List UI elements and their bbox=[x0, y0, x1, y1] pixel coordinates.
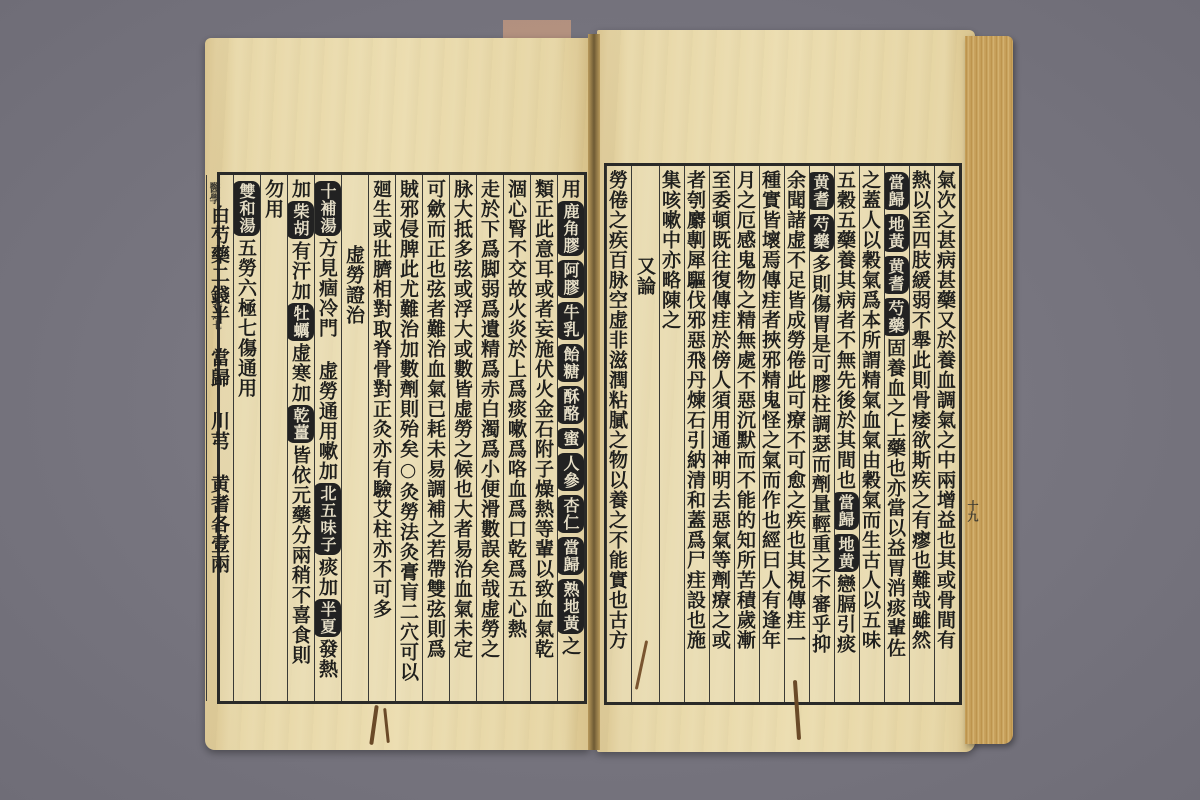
text-column: 月之厄感鬼物之精無處不惡沉默而不能的知所苦積歲漸 bbox=[734, 166, 759, 702]
column-text: 五穀五藥養其病者不無先後於其間也當歸地黄戀膈引痰 bbox=[834, 170, 856, 654]
herb-name-label: 牡蠣 bbox=[287, 303, 314, 341]
column-text: 至委頓既往復傳疰於傍人須用通神明去惡氣等劑療之或 bbox=[709, 170, 731, 650]
column-text: 雙和湯五勞六極七傷通用 bbox=[235, 179, 257, 398]
column-text: 用鹿角膠阿膠牛乳飴糖酥酪蜜人參杏仁當歸熟地黃之 bbox=[559, 179, 581, 656]
column-text: 熱以至四肢緩弱不舉此則骨痿欲斯疾之有瘳也難哉雖然 bbox=[909, 170, 931, 650]
herb-name-label: 當歸 bbox=[834, 492, 859, 530]
herb-name-label: 當歸 bbox=[884, 172, 909, 210]
herb-name-label: 牛乳 bbox=[557, 302, 584, 340]
column-text: 十補湯方見痼冷門 虚勞通用嗽加北五味子痰加半夏發熱 bbox=[316, 179, 338, 679]
text-column: 涸心腎不交故火炎於上爲痰嗽爲咯血爲口乾爲五心熱 bbox=[503, 175, 530, 701]
text-column: 加柴胡有汗加牡蠣虚寒加乾薑皆依元藥分兩稍不喜食則 bbox=[287, 175, 314, 701]
text-column: 用鹿角膠阿膠牛乳飴糖酥酪蜜人參杏仁當歸熟地黃之 bbox=[557, 175, 584, 701]
text-column: 廻生或壯臍相對取脊骨對正灸亦有驗艾柱亦不可多 bbox=[368, 175, 395, 701]
herb-name-label: 地黃 bbox=[884, 214, 909, 252]
text-column: 脉大抵多弦或浮大或數皆虚勞之候也大者易治血氣未定 bbox=[449, 175, 476, 701]
herb-name-label: 十補湯 bbox=[314, 181, 341, 236]
text-column: 之蓋人以穀氣爲本所謂精氣血氣由穀氣而生古人以五味 bbox=[859, 166, 884, 702]
column-text: 廻生或壯臍相對取脊骨對正灸亦有驗艾柱亦不可多 bbox=[370, 179, 392, 619]
column-text: 賊邪侵脾此尤難治加數劑則殆矣○灸勞法灸膏肓二穴可以 bbox=[397, 179, 419, 682]
text-column: 者刳麝剸犀驅伐邪惡飛丹煉石引納清和蓋爲尸疰設也施 bbox=[684, 166, 709, 702]
text-column: 種實皆壞焉傳疰者挾邪精鬼怪之氣而作也經曰人有逢年 bbox=[759, 166, 784, 702]
text-column: 賊邪侵脾此尤難治加數劑則殆矣○灸勞法灸膏肓二穴可以 bbox=[395, 175, 422, 701]
left-text-block: 用鹿角膠阿膠牛乳飴糖酥酪蜜人參杏仁當歸熟地黃之 類正此意耳或者妄施伏火金石附子燥… bbox=[217, 172, 587, 704]
herb-name-label: 乾薑 bbox=[287, 405, 314, 443]
column-text: 走於下爲脚弱爲遺精爲赤白濁爲小便滑數誤矣哉虚勞之 bbox=[478, 179, 500, 659]
right-text-block: 氣次之甚病甚藥又於養血調氣之中兩增益也其或骨間有 熱以至四肢緩弱不舉此則骨痿欲斯… bbox=[604, 163, 962, 705]
text-column: 十補湯方見痼冷門 虚勞通用嗽加北五味子痰加半夏發熱 bbox=[314, 175, 341, 701]
herb-name-label: 黄耆 bbox=[884, 256, 909, 294]
column-text: 勞倦之疾百脉空虚非滋潤粘膩之物以養之不能實也古方 bbox=[606, 170, 628, 650]
column-text: 加柴胡有汗加牡蠣虚寒加乾薑皆依元藥分兩稍不喜食則 bbox=[289, 179, 311, 665]
herb-name-label: 黄耆 bbox=[809, 172, 834, 210]
section-heading: 又論 bbox=[634, 256, 656, 296]
column-text: 白芍藥二錢半 當歸 川芎 黄耆各壹兩 bbox=[208, 205, 230, 574]
herb-name-label: 蜜 bbox=[557, 428, 584, 449]
text-column: 余聞諸虚不足皆成勞倦此可療不可愈之疾也其視傳疰一 bbox=[784, 166, 809, 702]
right-folio-number: 十九 bbox=[964, 500, 980, 522]
text-column: 熱以至四肢緩弱不舉此則骨痿欲斯疾之有瘳也難哉雖然 bbox=[909, 166, 934, 702]
herb-name-label: 熟地黃 bbox=[557, 579, 584, 634]
herb-name-label: 半夏 bbox=[314, 599, 341, 637]
text-column: 當歸地黃黄耆芍藥固養血之上藥也亦當以益胃消痰輩佐 bbox=[884, 166, 909, 702]
text-column: 類正此意耳或者妄施伏火金石附子燥熱等輩以致血氣乾 bbox=[530, 175, 557, 701]
column-text: 種實皆壞焉傳疰者挾邪精鬼怪之氣而作也經曰人有逢年 bbox=[759, 170, 781, 650]
text-column: 走於下爲脚弱爲遺精爲赤白濁爲小便滑數誤矣哉虚勞之 bbox=[476, 175, 503, 701]
text-column: 氣次之甚病甚藥又於養血調氣之中兩增益也其或骨間有 bbox=[934, 166, 959, 702]
herb-name-label: 雙和湯 bbox=[233, 181, 260, 236]
text-column: 勿用 bbox=[260, 175, 287, 701]
open-book: 醫學 卷之七 二 十九 用鹿角膠阿膠牛乳飴糖酥酪蜜人參杏仁當歸熟地黃之 類正此意… bbox=[0, 0, 1200, 800]
text-column: 白芍藥二錢半 當歸 川芎 黄耆各壹兩 bbox=[206, 175, 233, 701]
herb-name-label: 北五味子 bbox=[314, 483, 341, 555]
herb-name-label: 杏仁 bbox=[557, 495, 584, 533]
column-text: 月之厄感鬼物之精無處不惡沉默而不能的知所苦積歲漸 bbox=[734, 170, 756, 650]
herb-name-label: 芍藥 bbox=[809, 214, 834, 252]
column-text: 脉大抵多弦或浮大或數皆虚勞之候也大者易治血氣未定 bbox=[451, 179, 473, 659]
herb-name-label: 芍藥 bbox=[884, 298, 909, 336]
text-column: 可歛而正也弦者難治血氣已耗未易調補之若帶雙弦則爲 bbox=[422, 175, 449, 701]
column-text: 者刳麝剸犀驅伐邪惡飛丹煉石引納清和蓋爲尸疰設也施 bbox=[684, 170, 706, 650]
column-text: 勿用 bbox=[262, 179, 284, 219]
section-heading-column: 虚勞證治 bbox=[341, 175, 368, 701]
herb-name-label: 當歸 bbox=[557, 537, 584, 575]
text-column: 五穀五藥養其病者不無先後於其間也當歸地黄戀膈引痰 bbox=[834, 166, 859, 702]
herb-name-label: 地黄 bbox=[834, 534, 859, 572]
column-text: 之蓋人以穀氣爲本所謂精氣血氣由穀氣而生古人以五味 bbox=[859, 170, 881, 650]
column-text: 氣次之甚病甚藥又於養血調氣之中兩增益也其或骨間有 bbox=[934, 170, 956, 650]
herb-name-label: 飴糖 bbox=[557, 344, 584, 382]
column-text: 黄耆芍藥多則傷胃是可膠柱調瑟而劑量輕重之不審乎抑 bbox=[809, 170, 831, 654]
book-gutter bbox=[588, 34, 600, 750]
text-column: 集咳嗽中亦略陳之 bbox=[659, 166, 684, 702]
page-edges bbox=[965, 36, 1013, 744]
column-text: 可歛而正也弦者難治血氣已耗未易調補之若帶雙弦則爲 bbox=[424, 179, 446, 659]
text-column: 黄耆芍藥多則傷胃是可膠柱調瑟而劑量輕重之不審乎抑 bbox=[809, 166, 834, 702]
herb-name-label: 鹿角膠 bbox=[557, 201, 584, 256]
text-column: 至委頓既往復傳疰於傍人須用通神明去惡氣等劑療之或 bbox=[709, 166, 734, 702]
herb-name-label: 人參 bbox=[557, 453, 584, 491]
herb-name-label: 柴胡 bbox=[287, 201, 314, 239]
text-column: 雙和湯五勞六極七傷通用 bbox=[233, 175, 260, 701]
column-text: 余聞諸虚不足皆成勞倦此可療不可愈之疾也其視傳疰一 bbox=[784, 170, 806, 650]
column-text: 類正此意耳或者妄施伏火金石附子燥熱等輩以致血氣乾 bbox=[532, 179, 554, 659]
text-column: 勞倦之疾百脉空虚非滋潤粘膩之物以養之不能實也古方 bbox=[606, 166, 631, 702]
column-text: 涸心腎不交故火炎於上爲痰嗽爲咯血爲口乾爲五心熱 bbox=[505, 179, 527, 639]
column-text: 當歸地黃黄耆芍藥固養血之上藥也亦當以益胃消痰輩佐 bbox=[884, 170, 906, 658]
section-heading: 虚勞證治 bbox=[343, 245, 365, 325]
column-text: 集咳嗽中亦略陳之 bbox=[659, 170, 681, 330]
herb-name-label: 酥酪 bbox=[557, 386, 584, 424]
section-heading-column: 又論 bbox=[631, 166, 659, 702]
herb-name-label: 阿膠 bbox=[557, 260, 584, 298]
